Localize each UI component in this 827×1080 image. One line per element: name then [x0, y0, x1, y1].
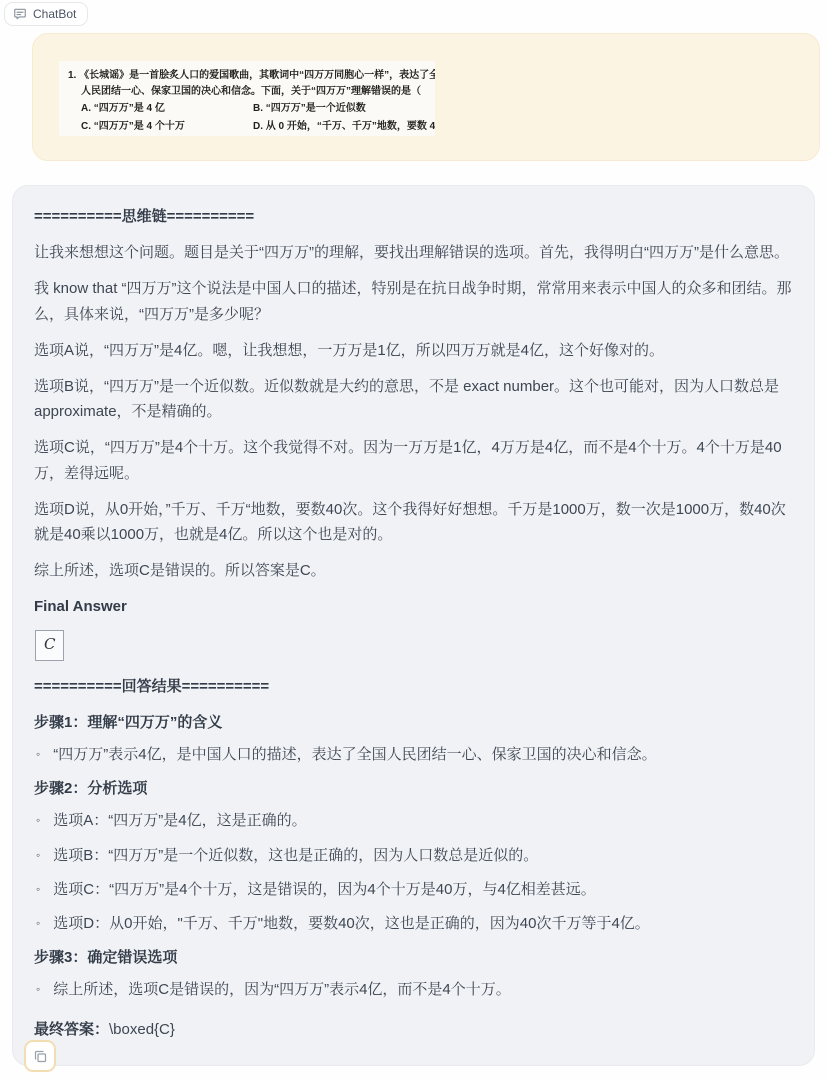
cot-paragraph-1: 让我来想想这个问题。题目是关于“四万万”的理解，要找出理解错误的选项。首先，我得…: [34, 240, 792, 265]
final-answer-label: Final Answer: [34, 594, 792, 619]
chatbot-tab[interactable]: ChatBot: [4, 2, 88, 26]
app-title: ChatBot: [33, 7, 76, 21]
copy-button[interactable]: [24, 1040, 56, 1072]
chat-bubble-icon: [13, 7, 27, 21]
cot-paragraph-7: 综上所述，选项C是错误的。所以答案是C。: [34, 558, 792, 583]
final-answer-line-label: 最终答案：: [34, 1021, 109, 1038]
question-line-1: 1. 《长城谣》是一首脍炙人口的爱国歌曲，其歌词中“四万万同胞心一样”，表达了全…: [68, 68, 426, 84]
question-option-d: D. 从 0 开始，“千万、千万”地数，要数 40 次: [253, 119, 435, 135]
bullet-text: “四万万”表示4亿，是中国人口的描述，表达了全国人民团结一心、保家卫国的决心和信…: [53, 742, 656, 767]
bullet-icon: ◦: [36, 808, 40, 833]
boxed-answer-container: C: [35, 630, 792, 660]
copy-icon: [33, 1049, 48, 1064]
question-option-a: A. “四万万”是 4 亿: [81, 101, 253, 117]
bullet-icon: ◦: [36, 977, 40, 1002]
chat-page: { "header": { "app_title": "ChatBot" }, …: [0, 0, 827, 1080]
step-2-bullet-4: ◦ 选项D：从0开始，"千万、千万"地数，要数40次，这也是正确的，因为40次千…: [36, 911, 792, 936]
final-answer-line: 最终答案：\boxed{C}: [34, 1017, 792, 1042]
bullet-text: 选项D：从0开始，"千万、千万"地数，要数40次，这也是正确的，因为40次千万等…: [53, 911, 650, 936]
question-option-c: C. “四万万”是 4 个十万: [81, 119, 253, 135]
bullet-text: 选项A：“四万万”是4亿，这是正确的。: [53, 808, 306, 833]
step-2-bullet-3: ◦ 选项C：“四万万”是4个十万，这是错误的，因为4个十万是40万，与4亿相差甚…: [36, 877, 792, 902]
question-option-b: B. “四万万”是一个近似数: [253, 101, 366, 117]
question-image: 1. 《长城谣》是一首脍炙人口的爱国歌曲，其歌词中“四万万同胞心一样”，表达了全…: [59, 61, 435, 136]
cot-paragraph-2: 我 know that “四万万”这个说法是中国人口的描述，特别是在抗日战争时期…: [34, 276, 792, 326]
step-1-bullet-1: ◦ “四万万”表示4亿，是中国人口的描述，表达了全国人民团结一心、保家卫国的决心…: [36, 742, 792, 767]
step-2-bullet-2: ◦ 选项B：“四万万”是一个近似数，这也是正确的，因为人口数总是近似的。: [36, 843, 792, 868]
bullet-icon: ◦: [36, 742, 40, 767]
user-message-bubble: 1. 《长城谣》是一首脍炙人口的爱国歌曲，其歌词中“四万万同胞心一样”，表达了全…: [32, 33, 820, 161]
boxed-answer: C: [35, 630, 64, 660]
question-options-row-1: A. “四万万”是 4 亿 B. “四万万”是一个近似数: [68, 101, 426, 117]
step-1-title: 步骤1：理解“四万万”的含义: [34, 710, 792, 735]
bullet-icon: ◦: [36, 843, 40, 868]
cot-paragraph-5: 选项C说，“四万万”是4个十万。这个我觉得不对。因为一万万是1亿，4万万是4亿，…: [34, 435, 792, 485]
bullet-text: 综上所述，选项C是错误的，因为“四万万”表示4亿，而不是4个十万。: [53, 977, 511, 1002]
bullet-icon: ◦: [36, 877, 40, 902]
assistant-response-bubble: ==========思维链========== 让我来想想这个问题。题目是关于“…: [12, 185, 815, 1066]
cot-paragraph-4: 选项B说，“四万万”是一个近似数。近似数就是大约的意思，不是 exact num…: [34, 374, 792, 424]
step-3-title: 步骤3：确定错误选项: [34, 945, 792, 970]
bullet-icon: ◦: [36, 911, 40, 936]
question-line-2: 人民团结一心、保家卫国的决心和信念。下面，关于“四万万”理解错误的是（ ）。: [68, 84, 426, 100]
cot-paragraph-3: 选项A说，“四万万”是4亿。嗯，让我想想，一万万是1亿，所以四万万就是4亿，这个…: [34, 338, 792, 363]
cot-section-header: ==========思维链==========: [34, 204, 792, 229]
bullet-text: 选项B：“四万万”是一个近似数，这也是正确的，因为人口数总是近似的。: [53, 843, 538, 868]
final-answer-line-value: \boxed{C}: [109, 1021, 175, 1038]
cot-paragraph-6: 选项D说，从0开始，”千万、千万“地数，要数40次。这个我得好好想想。千万是10…: [34, 497, 792, 547]
bullet-text: 选项C：“四万万”是4个十万，这是错误的，因为4个十万是40万，与4亿相差甚远。: [53, 877, 596, 902]
result-section-header: ==========回答结果==========: [34, 674, 792, 699]
step-3-bullet-1: ◦ 综上所述，选项C是错误的，因为“四万万”表示4亿，而不是4个十万。: [36, 977, 792, 1002]
step-2-title: 步骤2：分析选项: [34, 776, 792, 801]
question-options-row-2: C. “四万万”是 4 个十万 D. 从 0 开始，“千万、千万”地数，要数 4…: [68, 119, 426, 135]
step-2-bullet-1: ◦ 选项A：“四万万”是4亿，这是正确的。: [36, 808, 792, 833]
